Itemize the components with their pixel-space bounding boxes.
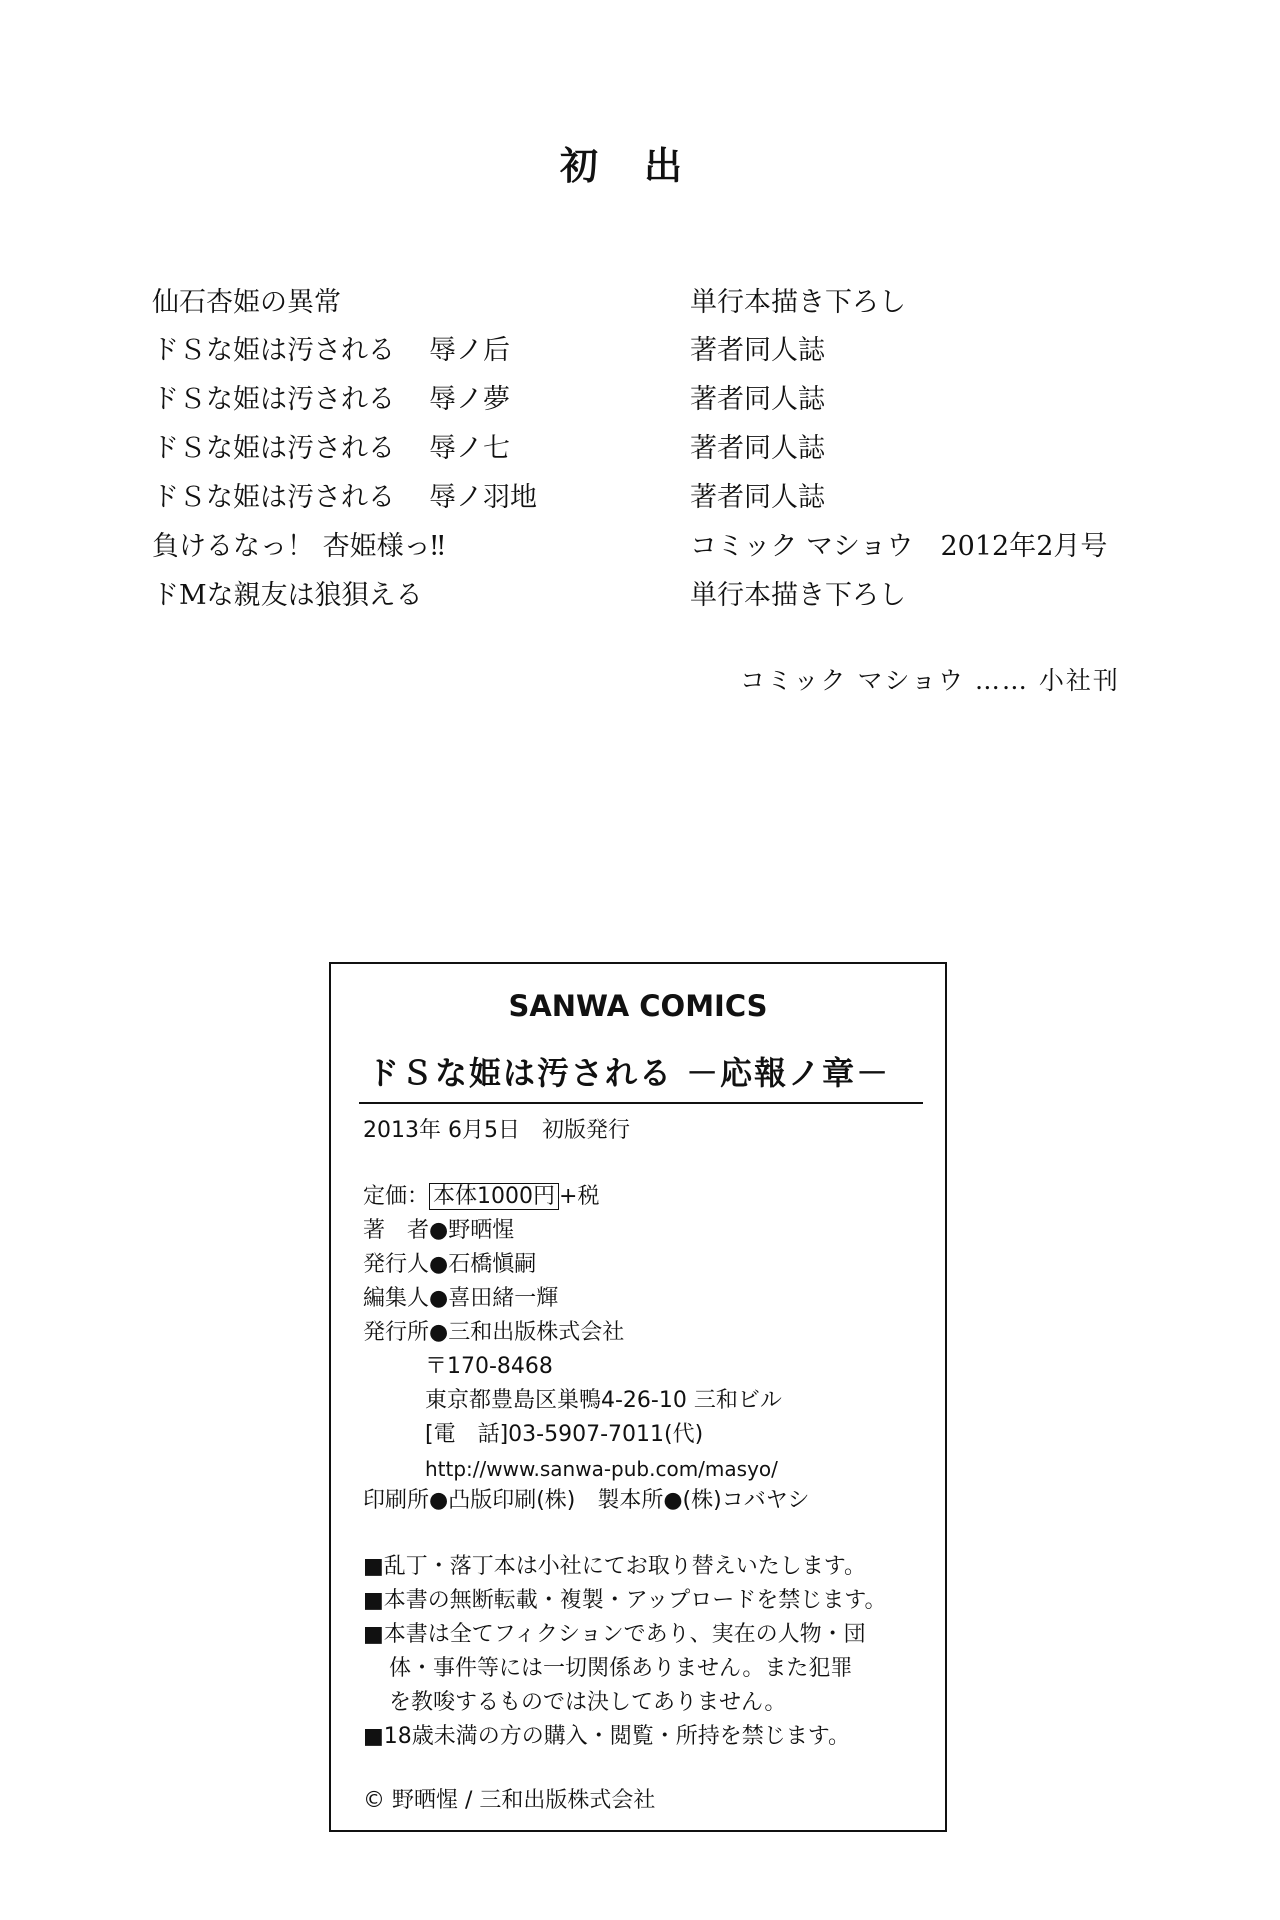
publication-date: 2013年 6月5日 初版発行 [363, 1116, 630, 1146]
story-subtitle: 辱ノ后 [429, 335, 510, 366]
list-item-title: ドＳな姫は汚される辱ノ羽地 [152, 481, 537, 515]
list-item-source: 著者同人誌 [690, 334, 825, 368]
colophon-box: SANWA COMICS ドＳな姫は汚される －応報ノ章－ 2013年 6月5日… [329, 962, 947, 1832]
price-tax: +税 [559, 1184, 599, 1209]
story-subtitle: 辱ノ七 [429, 433, 510, 464]
notice-item: ■本書の無断転載・複製・アップロードを禁じます。 [363, 1586, 887, 1616]
list-item-title: ドＳな姫は汚される辱ノ后 [152, 334, 510, 368]
list-item-title: ドMな親友は狼狽える [152, 579, 423, 613]
editor-line: 編集人●喜田緒一輝 [363, 1284, 558, 1314]
publisher-person-line: 発行人●石橋愼嗣 [363, 1250, 536, 1280]
list-item-title: ドＳな姫は汚される辱ノ七 [152, 432, 510, 466]
story-title: ドＳな姫は汚される [152, 482, 395, 513]
notice-item-continued: を教唆するものでは決してありません。 [389, 1688, 786, 1718]
copyright: © 野晒惺 / 三和出版株式会社 [363, 1786, 655, 1816]
story-subtitle: 辱ノ羽地 [429, 482, 537, 513]
list-item-title: 負けるなっ！ 杏姫様っ‼ [152, 530, 445, 564]
book-title: ドＳな姫は汚される －応報ノ章－ [367, 1052, 890, 1094]
series-name: SANWA COMICS [331, 988, 945, 1024]
list-item-source: 著者同人誌 [690, 481, 825, 515]
price-line: 定価：本体1000円+税 [363, 1182, 599, 1212]
notice-item: ■乱丁・落丁本は小社にてお取り替えいたします。 [363, 1552, 866, 1582]
list-item-source: 著者同人誌 [690, 383, 825, 417]
price-label: 定価： [363, 1184, 429, 1209]
page-heading: 初出 [560, 140, 728, 192]
printer-binder-line: 印刷所●凸版印刷(株) 製本所●(株)コバヤシ [363, 1486, 810, 1516]
story-title: ドＳな姫は汚される [152, 433, 395, 464]
list-item-source: 単行本描き下ろし [690, 286, 906, 320]
notice-item: ■本書は全てフィクションであり、実在の人物・団 [363, 1620, 866, 1650]
story-title: ドＳな姫は汚される [152, 335, 395, 366]
notice-item-continued: 体・事件等には一切関係ありません。また犯罪 [389, 1654, 852, 1684]
notice-item: ■18歳未満の方の購入・閲覧・所持を禁じます。 [363, 1722, 850, 1752]
story-title: 負けるなっ！ 杏姫様っ‼ [152, 531, 445, 562]
author-line: 著 者●野晒惺 [363, 1216, 514, 1246]
publisher-note: コミック マショウ …… 小社刊 [740, 664, 1120, 698]
title-divider [359, 1102, 923, 1104]
story-title: 仙石杏姫の異常 [152, 287, 341, 318]
list-item-source: コミック マショウ 2012年2月号 [690, 530, 1107, 564]
website-url: http://www.sanwa-pub.com/masyo/ [425, 1454, 778, 1484]
list-item-title: ドＳな姫は汚される辱ノ夢 [152, 383, 510, 417]
story-subtitle: 辱ノ夢 [429, 384, 510, 415]
publishing-house-line: 発行所●三和出版株式会社 [363, 1318, 624, 1348]
list-item-title: 仙石杏姫の異常 [152, 286, 341, 320]
postal-code: 〒170-8468 [425, 1352, 553, 1382]
story-title: ドＳな姫は汚される [152, 384, 395, 415]
list-item-source: 著者同人誌 [690, 432, 825, 466]
list-item-source: 単行本描き下ろし [690, 579, 906, 613]
address: 東京都豊島区巣鴨4-26-10 三和ビル [425, 1386, 782, 1416]
phone: [電 話]03-5907-7011(代) [425, 1420, 703, 1450]
story-title: ドMな親友は狼狽える [152, 580, 423, 611]
price-value: 本体1000円 [429, 1183, 559, 1210]
